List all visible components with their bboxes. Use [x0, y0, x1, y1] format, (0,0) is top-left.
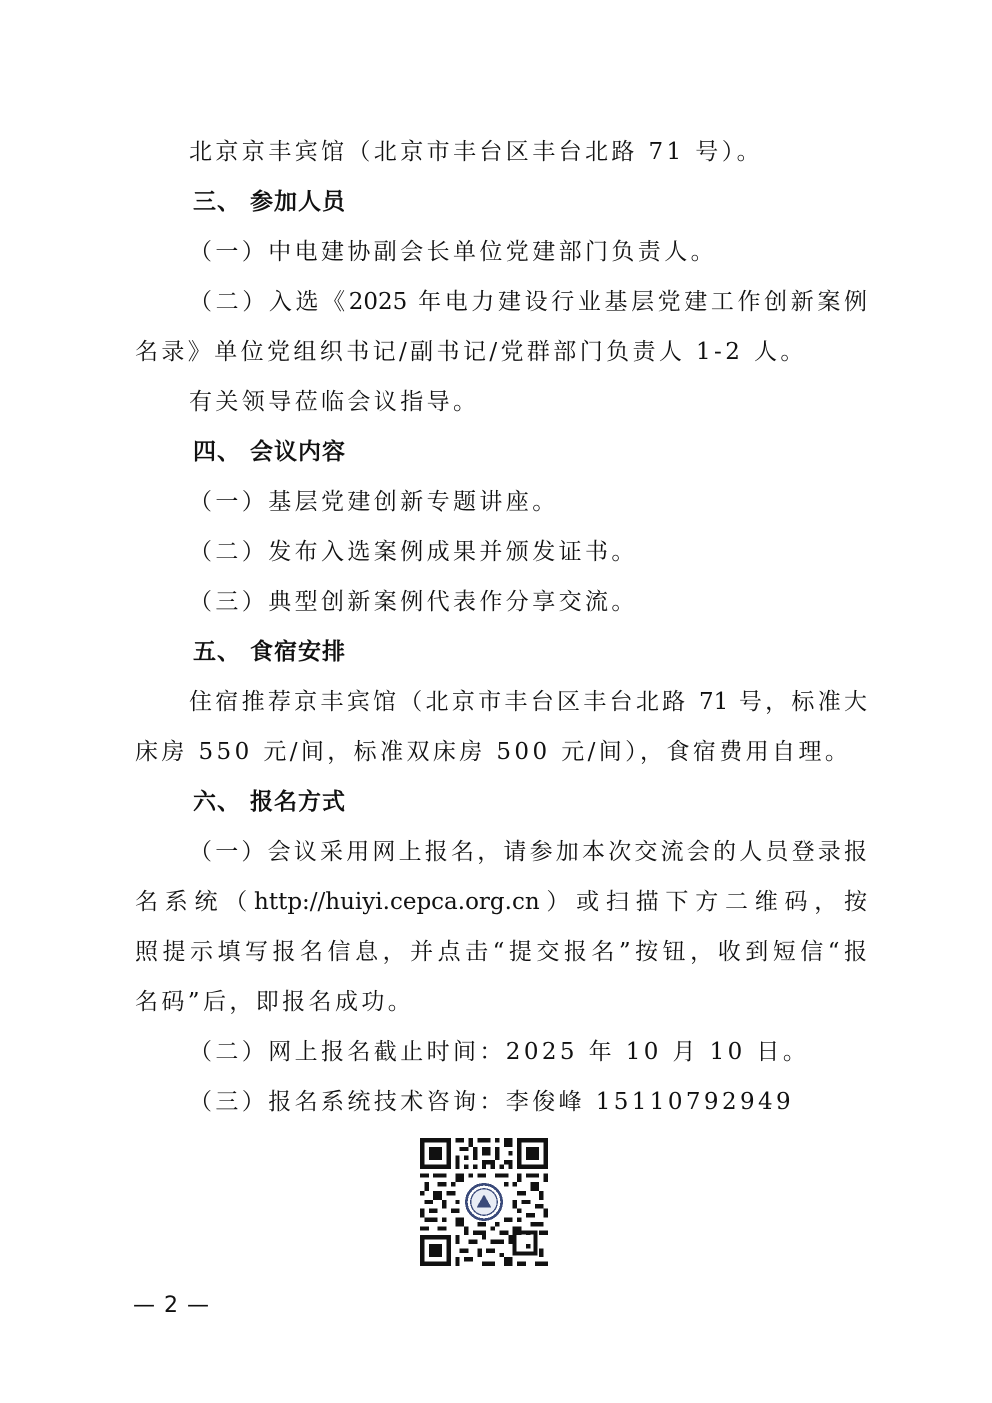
page-number: — 2 — — [133, 1292, 210, 1320]
registration-item-1-line-4: 名码”后，即报名成功。 — [135, 987, 867, 1017]
accommodation-line-1: 住宿推荐京丰宾馆（北京市丰台区丰台北路 71 号，标准大 — [189, 687, 867, 717]
document-page: 北京京丰宾馆（北京市丰台区丰台北路 71 号）。 三、 参加人员 （一）中电建协… — [0, 0, 992, 1403]
accommodation-line-2: 床房 550 元/间，标准双床房 500 元/间），食宿费用自理。 — [135, 737, 867, 767]
qr-code-icon — [420, 1138, 548, 1266]
registration-item-1-line-3: 照提示填写报名信息，并点击“提交报名”按钮，收到短信“报 — [135, 937, 867, 967]
section-heading-registration: 六、 报名方式 — [193, 787, 925, 817]
registration-item-1-line-1: （一）会议采用网上报名，请参加本次交流会的人员登录报 — [189, 837, 867, 867]
participants-item-2-line-2: 名录》单位党组织书记/副书记/党群部门负责人 1-2 人。 — [135, 337, 867, 367]
leaders-attendance-note: 有关领导莅临会议指导。 — [189, 387, 867, 417]
participants-item-1: （一）中电建协副会长单位党建部门负责人。 — [189, 237, 867, 267]
registration-qr-code — [420, 1138, 548, 1266]
registration-deadline: （二）网上报名截止时间：2025 年 10 月 10 日。 — [189, 1037, 867, 1067]
registration-tech-support: （三）报名系统技术咨询：李俊峰 15110792949 — [189, 1087, 867, 1117]
section-heading-content: 四、 会议内容 — [193, 437, 925, 467]
content-item-1: （一）基层党建创新专题讲座。 — [189, 487, 867, 517]
participants-item-2-line-1: （二）入选《2025 年电力建设行业基层党建工作创新案例 — [189, 287, 867, 317]
content-item-2: （二）发布入选案例成果并颁发证书。 — [189, 537, 867, 567]
section-heading-participants: 三、 参加人员 — [193, 187, 925, 217]
paragraph-venue-address: 北京京丰宾馆（北京市丰台区丰台北路 71 号）。 — [189, 137, 867, 167]
content-item-3: （三）典型创新案例代表作分享交流。 — [189, 587, 867, 617]
registration-item-1-line-2: 名系统（http://huiyi.cepca.org.cn）或扫描下方二维码，按 — [135, 887, 867, 917]
section-heading-accommodation: 五、 食宿安排 — [193, 637, 925, 667]
